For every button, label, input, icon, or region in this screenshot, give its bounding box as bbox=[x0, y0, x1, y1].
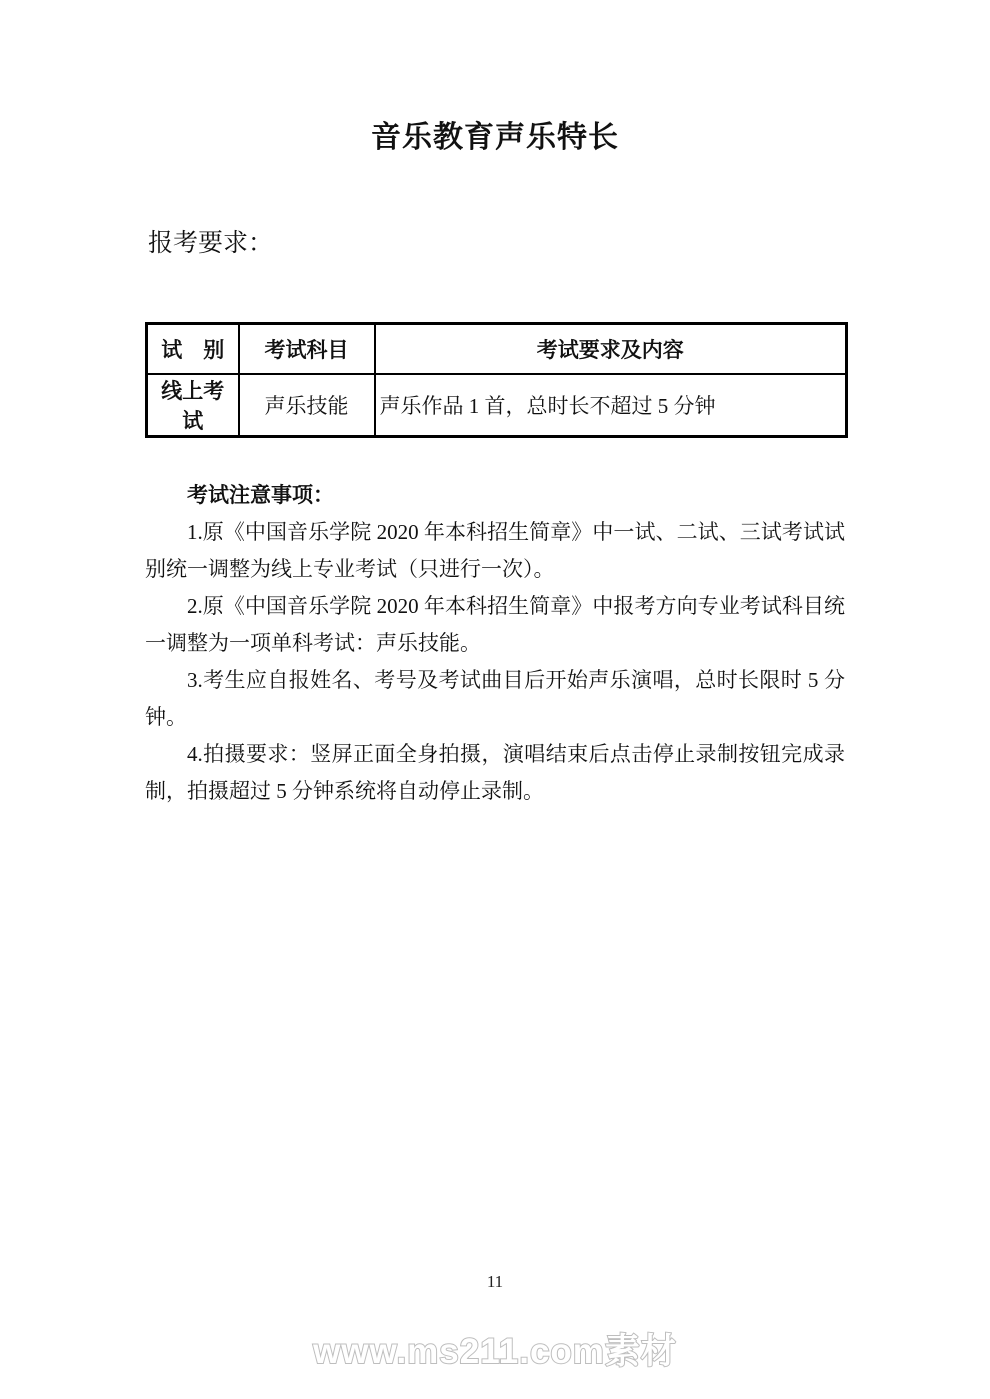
column-header-requirements: 考试要求及内容 bbox=[375, 324, 847, 374]
note-item-1: 1.原《中国音乐学院 2020 年本科招生简章》中一试、二试、三试考试试别统一调… bbox=[145, 514, 845, 588]
watermark-text: www.ms211.com素材 bbox=[0, 1324, 990, 1374]
note-item-4: 4.拍摄要求：竖屏正面全身拍摄，演唱结束后点击停止录制按钮完成录制，拍摄超过 5… bbox=[145, 736, 845, 810]
exam-requirements-table: 试 别 考试科目 考试要求及内容 线上考试 声乐技能 声乐作品 1 首，总时长不… bbox=[145, 322, 848, 438]
cell-requirement: 声乐作品 1 首，总时长不超过 5 分钟 bbox=[375, 374, 847, 437]
cell-subject: 声乐技能 bbox=[239, 374, 375, 437]
application-requirements-heading: 报考要求： bbox=[148, 223, 273, 259]
exam-notes-section: 考试注意事项： 1.原《中国音乐学院 2020 年本科招生简章》中一试、二试、三… bbox=[145, 477, 845, 810]
page-number: 11 bbox=[0, 1272, 990, 1292]
document-page: 音乐教育声乐特长 报考要求： 试 别 考试科目 考试要求及内容 线上考试 声乐技… bbox=[0, 0, 990, 1399]
cell-test-type: 线上考试 bbox=[147, 374, 239, 437]
note-item-3: 3.考生应自报姓名、考号及考试曲目后开始声乐演唱，总时长限时 5 分钟。 bbox=[145, 662, 845, 736]
table-row: 线上考试 声乐技能 声乐作品 1 首，总时长不超过 5 分钟 bbox=[147, 374, 847, 437]
note-item-2: 2.原《中国音乐学院 2020 年本科招生简章》中报考方向专业考试科目统一调整为… bbox=[145, 588, 845, 662]
column-header-test-type: 试 别 bbox=[147, 324, 239, 374]
table-header-row: 试 别 考试科目 考试要求及内容 bbox=[147, 324, 847, 374]
exam-notes-heading: 考试注意事项： bbox=[145, 477, 845, 514]
page-title: 音乐教育声乐特长 bbox=[0, 112, 990, 156]
column-header-subject: 考试科目 bbox=[239, 324, 375, 374]
